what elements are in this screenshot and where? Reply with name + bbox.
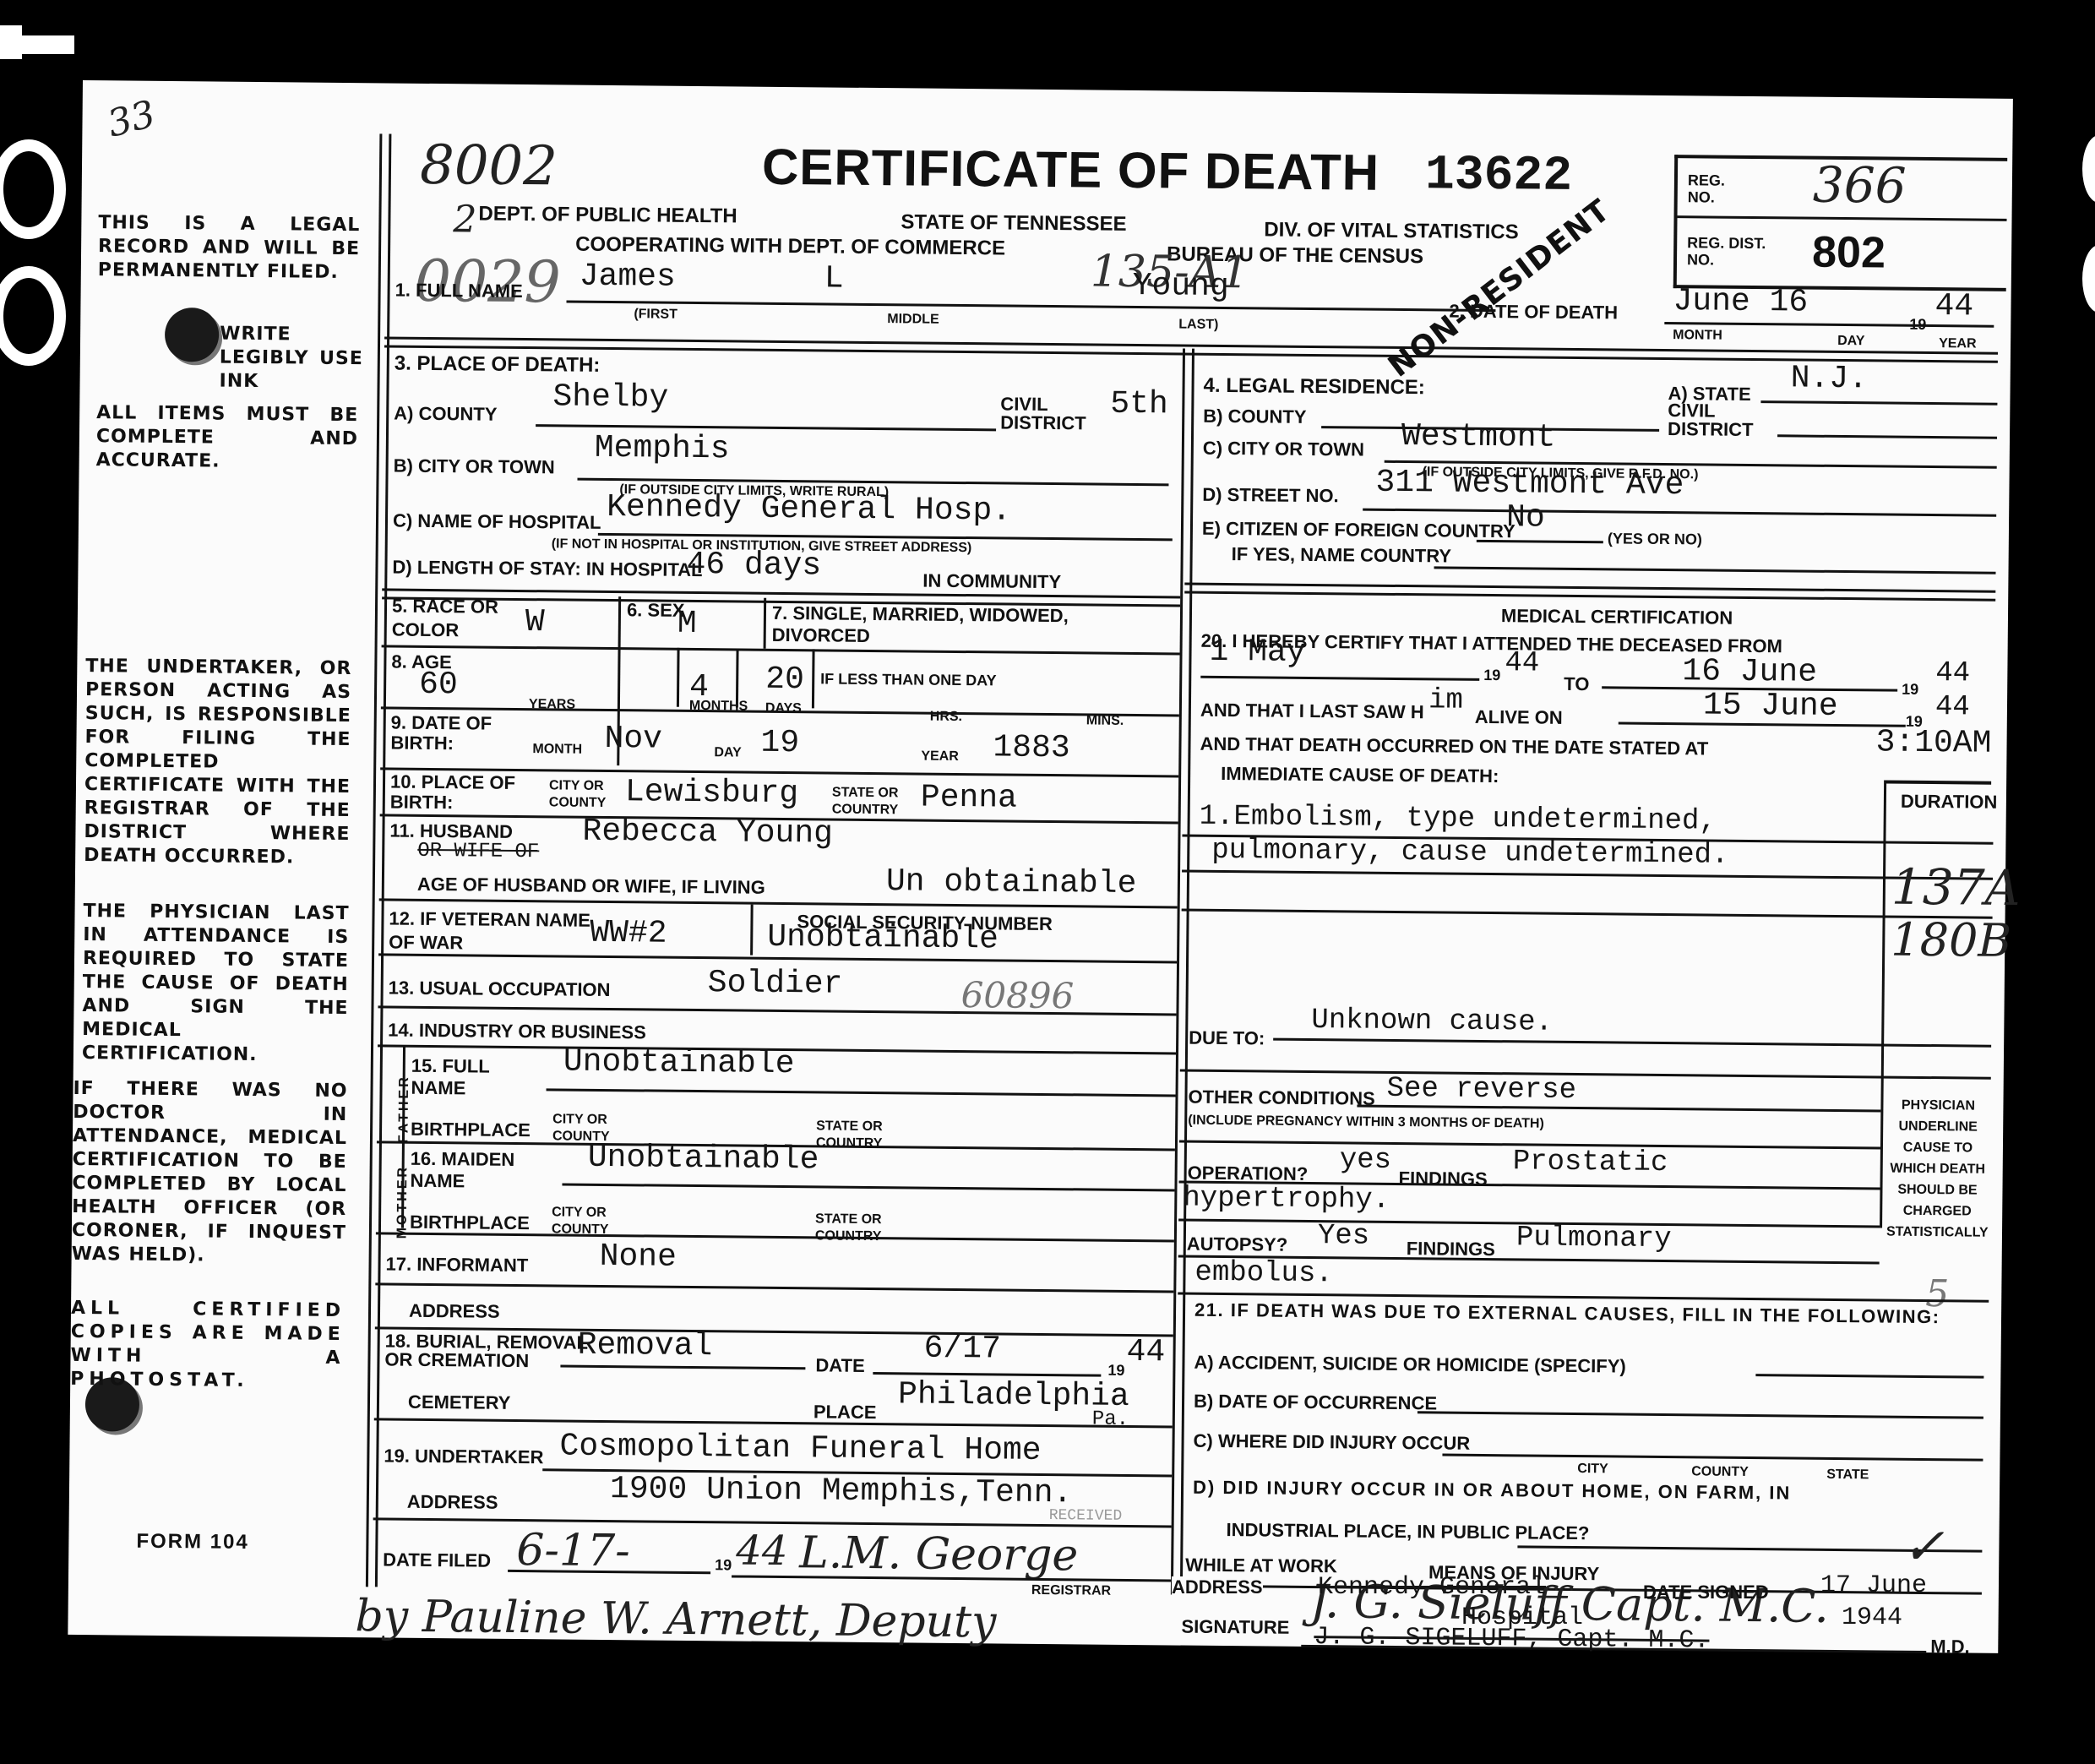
pob-label: 10. PLACE OF BIRTH: xyxy=(390,772,517,814)
death-civil-district-label: CIVIL DISTRICT xyxy=(1000,395,1102,433)
sub-label-middle: MIDDLE xyxy=(887,312,939,328)
spouse-age-value[interactable]: Un obtainable xyxy=(886,863,1137,902)
injury-county-sublabel: COUNTY xyxy=(1691,1464,1749,1480)
dept-label: Dept. of Public Health xyxy=(478,203,737,229)
marital-status-label: 7. SINGLE, MARRIED, WIDOWED, DIVORCED xyxy=(772,602,1076,649)
days-label: DAYS xyxy=(765,701,802,716)
hospital-value[interactable]: Kennedy General Hosp. xyxy=(607,489,1011,530)
operation-findings-value[interactable]: Prostatic xyxy=(1513,1146,1668,1179)
sidebar-note-legal: THIS IS A LEGAL RECORD AND WILL BE PERMA… xyxy=(98,211,361,285)
file-number-2: 2 xyxy=(453,198,476,241)
signature-label: SIGNATURE xyxy=(1181,1616,1289,1639)
sidebar-note-physician: THE PHYSICIAN LAST IN ATTENDANCE IS REQU… xyxy=(82,900,350,1068)
alive-on-value[interactable]: 15 June xyxy=(1703,687,1838,725)
alive-on-year[interactable]: 44 xyxy=(1935,691,1970,723)
age-years-value[interactable]: 60 xyxy=(419,667,458,703)
age-days-value[interactable]: 20 xyxy=(765,661,804,698)
disposition-value[interactable]: Removal xyxy=(577,1327,712,1365)
injury-place-label: D) DID INJURY OCCUR IN OR ABOUT HOME, ON… xyxy=(1193,1477,1792,1505)
father-name-value[interactable]: Unobtainable xyxy=(563,1044,795,1083)
sub-label-day: DAY xyxy=(1837,334,1864,349)
dob-month-value[interactable]: Nov xyxy=(604,721,662,758)
sub-label-first: (FIRST xyxy=(634,307,677,322)
physician-address-1: Kennedy General xyxy=(1318,1573,1546,1602)
cemetery-label: CEMETERY xyxy=(408,1391,511,1414)
informant-label: 17. INFORMANT xyxy=(385,1254,528,1277)
attended-to-year[interactable]: 44 xyxy=(1935,657,1970,689)
sidebar-note-complete: ALL ITEMS MUST BE COMPLETE AND ACCURATE. xyxy=(96,401,359,475)
sidebar-note-no-doctor: IF THERE WAS NO DOCTOR IN ATTENDANCE, ME… xyxy=(72,1077,348,1269)
sidebar-note-photostat: ALL CERTIFIED COPIES ARE MADE WITH A PHO… xyxy=(70,1297,346,1394)
pob-city-value[interactable]: Lewisburg xyxy=(625,774,799,812)
date-signed-value-1[interactable]: 17 June xyxy=(1820,1571,1927,1600)
film-sprocket-hole xyxy=(2082,135,2095,203)
death-county-label: A) COUNTY xyxy=(394,403,497,426)
state-label: State of Tennessee xyxy=(901,210,1126,237)
undertaker-value[interactable]: Cosmopolitan Funeral Home xyxy=(559,1428,1041,1468)
immediate-cause-label: IMMEDIATE CAUSE OF DEATH: xyxy=(1221,763,1499,787)
industry-label: 14. INDUSTRY OR BUSINESS xyxy=(388,1020,646,1044)
informant-value[interactable]: None xyxy=(599,1239,677,1276)
certificate-title: CERTIFICATE OF DEATH xyxy=(762,138,1380,202)
due-to-label: DUE TO: xyxy=(1189,1027,1265,1050)
physician-underline-note: PHYSICIAN UNDERLINE CAUSE TO WHICH DEATH… xyxy=(1886,1095,1989,1244)
citizen-note: (YES OR NO) xyxy=(1608,530,1702,548)
margin-number: 60896 xyxy=(960,974,1074,1016)
duration-box xyxy=(1885,781,1991,786)
sub-label-last: LAST) xyxy=(1178,317,1218,332)
to-label: TO xyxy=(1564,673,1589,695)
death-time-label: AND THAT DEATH OCCURRED ON THE DATE STAT… xyxy=(1200,733,1708,760)
occupation-value[interactable]: Soldier xyxy=(708,965,843,1003)
residence-city-value[interactable]: Westmont xyxy=(1401,418,1556,456)
last-saw-label: AND THAT I LAST SAW H xyxy=(1200,700,1424,724)
sub-label-year: YEAR xyxy=(1939,336,1977,351)
reg-no-label: REG. NO. xyxy=(1688,171,1739,206)
checkmark: ✓ xyxy=(1902,1517,1945,1576)
certificate-number: 13622 xyxy=(1425,148,1573,204)
date-of-death-label: 2. DATE OF DEATH xyxy=(1449,301,1618,324)
center-divider xyxy=(1171,349,1194,1595)
punch-hole xyxy=(165,308,220,362)
injury-place-label-2: INDUSTRIAL PLACE, IN PUBLIC PLACE? xyxy=(1226,1519,1589,1544)
dob-month-label: MONTH xyxy=(532,742,582,758)
spouse-value[interactable]: Rebecca Young xyxy=(582,814,833,852)
residence-city-label: C) CITY OR TOWN xyxy=(1203,438,1364,461)
length-of-stay-value[interactable]: 46 days xyxy=(686,547,821,585)
residence-county-label: B) COUNTY xyxy=(1203,406,1306,428)
dob-year-label: YEAR xyxy=(921,749,959,765)
death-time-value[interactable]: 3:10AM xyxy=(1875,724,1991,761)
deputy-signature[interactable]: by Pauline W. Arnett, Deputy xyxy=(355,1591,996,1647)
date-signed-label: DATE SIGNED xyxy=(1643,1582,1769,1603)
residence-state-value[interactable]: N.J. xyxy=(1790,360,1868,397)
reg-dist-label: REG. DIST. NO. xyxy=(1687,234,1771,269)
informant-address-label: ADDRESS xyxy=(409,1300,500,1323)
date-filed-year-prefix: 19 xyxy=(715,1556,732,1574)
sub-label-month: MONTH xyxy=(1673,328,1722,344)
injury-city-sublabel: CITY xyxy=(1577,1462,1608,1477)
external-causes-label: 21. IF DEATH WAS DUE TO EXTERNAL CAUSES,… xyxy=(1194,1301,1972,1327)
other-conditions-note: (INCLUDE PREGNANCY WITHIN 3 MONTHS OF DE… xyxy=(1188,1113,1544,1132)
full-name-middle[interactable]: L xyxy=(824,260,844,297)
date-filed-value[interactable]: 6-17- xyxy=(516,1525,630,1576)
father-name-label: 15. FULL NAME xyxy=(411,1055,537,1100)
received-stamp: RECEIVED xyxy=(1049,1507,1123,1525)
ssn-value[interactable]: Unobtainable xyxy=(767,919,999,958)
disposition-year-prefix: 19 xyxy=(1107,1362,1124,1380)
residence-street-value[interactable]: 311 Westmont Ave xyxy=(1375,465,1684,504)
date-of-death-month-day[interactable]: June 16 xyxy=(1673,283,1808,321)
pob-state-value[interactable]: Penna xyxy=(921,780,1017,817)
pob-city-label: CITY OR COUNTY xyxy=(549,777,608,812)
autopsy-value[interactable]: Yes xyxy=(1318,1220,1370,1253)
film-edge-mark-0a xyxy=(0,139,66,239)
date-of-death-year[interactable]: 44 xyxy=(1934,288,1973,324)
autopsy-findings-value[interactable]: Pulmonary xyxy=(1516,1222,1672,1255)
mother-birthplace-label: BIRTHPLACE xyxy=(410,1211,530,1234)
death-civil-district-value[interactable]: 5th xyxy=(1110,386,1168,423)
alive-on-label: ALIVE ON xyxy=(1475,706,1563,729)
place-label: PLACE xyxy=(814,1401,877,1424)
immediate-cause-line2[interactable]: pulmonary, cause undetermined. xyxy=(1211,835,1728,872)
place-of-death-label: 3. PLACE OF DEATH: xyxy=(395,352,601,378)
medical-certification-title: MEDICAL CERTIFICATION xyxy=(1501,605,1733,629)
attended-to-value[interactable]: 16 June xyxy=(1682,653,1817,691)
attended-from-year[interactable]: 44 xyxy=(1505,647,1539,679)
disposition-date-label: DATE xyxy=(815,1354,865,1377)
dob-day-label: DAY xyxy=(714,745,741,760)
last-saw-him[interactable]: im xyxy=(1428,684,1463,716)
mother-side-label: MOTHER xyxy=(395,1165,411,1239)
operation-value[interactable]: yes xyxy=(1340,1144,1392,1177)
duration-value-1[interactable]: 137A xyxy=(1891,858,2021,917)
from-year-prefix: 19 xyxy=(1483,667,1500,684)
other-conditions-value[interactable]: See reverse xyxy=(1386,1073,1576,1107)
date-filed-year[interactable]: 44 xyxy=(736,1527,788,1576)
death-county-value[interactable]: Shelby xyxy=(552,378,668,416)
accident-type-label: A) ACCIDENT, SUICIDE OR HOMICIDE (SPECIF… xyxy=(1194,1352,1626,1378)
immediate-cause-line1[interactable]: 1.Embolism, type undetermined, xyxy=(1200,801,1717,838)
attended-from-value[interactable]: 1 May xyxy=(1209,634,1305,671)
residence-civil-label: CIVIL DISTRICT xyxy=(1668,401,1777,439)
duration-label: DURATION xyxy=(1901,791,1998,814)
death-city-label: B) CITY OR TOWN xyxy=(394,455,555,479)
sex-label: 6. SEX xyxy=(627,599,685,622)
foreign-country-label: IF YES, NAME COUNTRY xyxy=(1232,543,1452,567)
mother-name-label: 16. MAIDEN NAME xyxy=(410,1148,536,1193)
annotation-top-left: 33 xyxy=(103,92,160,145)
pob-state-label: STATE OR COUNTRY xyxy=(832,785,908,819)
injury-state-sublabel: STATE xyxy=(1826,1467,1869,1483)
occupation-label: 13. USUAL OCCUPATION xyxy=(389,977,611,1002)
disposition-year-value[interactable]: 44 xyxy=(1126,1334,1165,1370)
mother-state-label: STATE OR COUNTRY xyxy=(815,1211,891,1245)
physician-address-2: Hospital xyxy=(1461,1603,1583,1632)
dob-day-value[interactable]: 19 xyxy=(760,725,799,761)
autopsy-label: AUTOPSY? xyxy=(1187,1233,1288,1256)
date-signed-value-2[interactable]: 1944 xyxy=(1842,1603,1902,1632)
autopsy-findings-value-2[interactable]: embolus. xyxy=(1194,1257,1333,1291)
injury-location-label: C) WHERE DID INJURY OCCUR xyxy=(1193,1430,1470,1455)
to-year-prefix: 19 xyxy=(1902,681,1918,699)
community-label: IN COMMUNITY xyxy=(922,570,1061,594)
sidebar-note-undertaker: THE UNDERTAKER, OR PERSON ACTING AS SUCH… xyxy=(84,655,351,870)
film-edge-mark-0b xyxy=(0,266,66,366)
length-of-stay-label: D) LENGTH OF STAY: IN HOSPITAL xyxy=(392,557,702,582)
mother-name-value[interactable]: Unobtainable xyxy=(588,1140,819,1179)
death-certificate: 33 THIS IS A LEGAL RECORD AND WILL BE PE… xyxy=(68,80,2013,1653)
dob-year-value[interactable]: 1883 xyxy=(993,729,1070,766)
undertaker-address-label: ADDRESS xyxy=(407,1491,498,1514)
reg-no-value: 366 xyxy=(1813,156,1907,215)
race-label: 5. RACE OR COLOR xyxy=(392,595,511,643)
death-city-value[interactable]: Memphis xyxy=(595,430,730,468)
registrar-signature[interactable]: L.M. George xyxy=(799,1527,1078,1581)
citizen-value[interactable]: No xyxy=(1506,499,1545,536)
registration-box: REG. NO. 366 REG. DIST. NO. 802 xyxy=(1673,155,2007,291)
disposition-date-value[interactable]: 6/17 xyxy=(923,1331,1001,1368)
operation-findings-label: FINDINGS xyxy=(1398,1168,1487,1190)
form-number: FORM 104 xyxy=(136,1530,249,1554)
legal-residence-label: 4. LEGAL RESIDENCE: xyxy=(1203,374,1425,400)
other-conditions-label: OTHER CONDITIONS xyxy=(1188,1086,1374,1110)
citizen-label: E) CITIZEN OF FOREIGN COUNTRY xyxy=(1202,518,1515,543)
spouse-age-label: AGE OF HUSBAND OR WIFE, IF LIVING xyxy=(417,874,765,899)
film-edge-mark-1-stem xyxy=(0,25,22,59)
father-birthplace-label: BIRTHPLACE xyxy=(411,1119,531,1141)
registrar-label: REGISTRAR xyxy=(1031,1583,1111,1599)
sex-value[interactable]: M xyxy=(677,606,697,642)
residence-street-label: D) STREET NO. xyxy=(1202,484,1339,508)
date-occurrence-label: B) DATE OF OCCURRENCE xyxy=(1194,1391,1437,1415)
war-value[interactable]: WW#2 xyxy=(590,915,667,952)
reg-dist-value: 802 xyxy=(1812,227,1885,279)
hospital-label: C) NAME OF HOSPITAL xyxy=(393,510,601,534)
date-filed-label: DATE FILED xyxy=(383,1549,491,1571)
film-sprocket-hole xyxy=(2082,245,2095,313)
full-name-first[interactable]: James xyxy=(580,259,676,296)
undertaker-address-value[interactable]: 1900 Union Memphis,Tenn. xyxy=(610,1471,1073,1511)
sidebar-note-legibly: WRITE LEGIBLY USE INK xyxy=(219,323,363,395)
full-name-last[interactable]: Young xyxy=(1133,268,1229,305)
file-number-8002: 8002 xyxy=(420,134,558,199)
physician-address-label: ADDRESS xyxy=(1172,1576,1263,1598)
dob-label: 9. DATE OF BIRTH: xyxy=(390,713,509,754)
race-value[interactable]: W xyxy=(525,604,545,640)
due-to-value[interactable]: Unknown cause. xyxy=(1311,1004,1553,1039)
md-label: M.D. xyxy=(1930,1636,1970,1658)
veteran-label: 12. IF VETERAN NAME OF WAR xyxy=(389,907,592,956)
less-than-day-label: IF LESS THAN ONE DAY xyxy=(820,670,997,689)
full-name-label: 1. FULL NAME xyxy=(395,280,523,302)
undertaker-label: 19. UNDERTAKER xyxy=(384,1445,543,1468)
division-label: Div. of Vital Statistics xyxy=(1264,218,1519,244)
spouse-struck-text: OR WIFE OF xyxy=(417,840,539,863)
operation-findings-value-2[interactable]: hypertrophy. xyxy=(1183,1183,1390,1217)
cooperating-label: Cooperating with Dept. of Commerce xyxy=(575,233,1005,261)
duration-value-2[interactable]: 180B xyxy=(1891,913,2011,967)
